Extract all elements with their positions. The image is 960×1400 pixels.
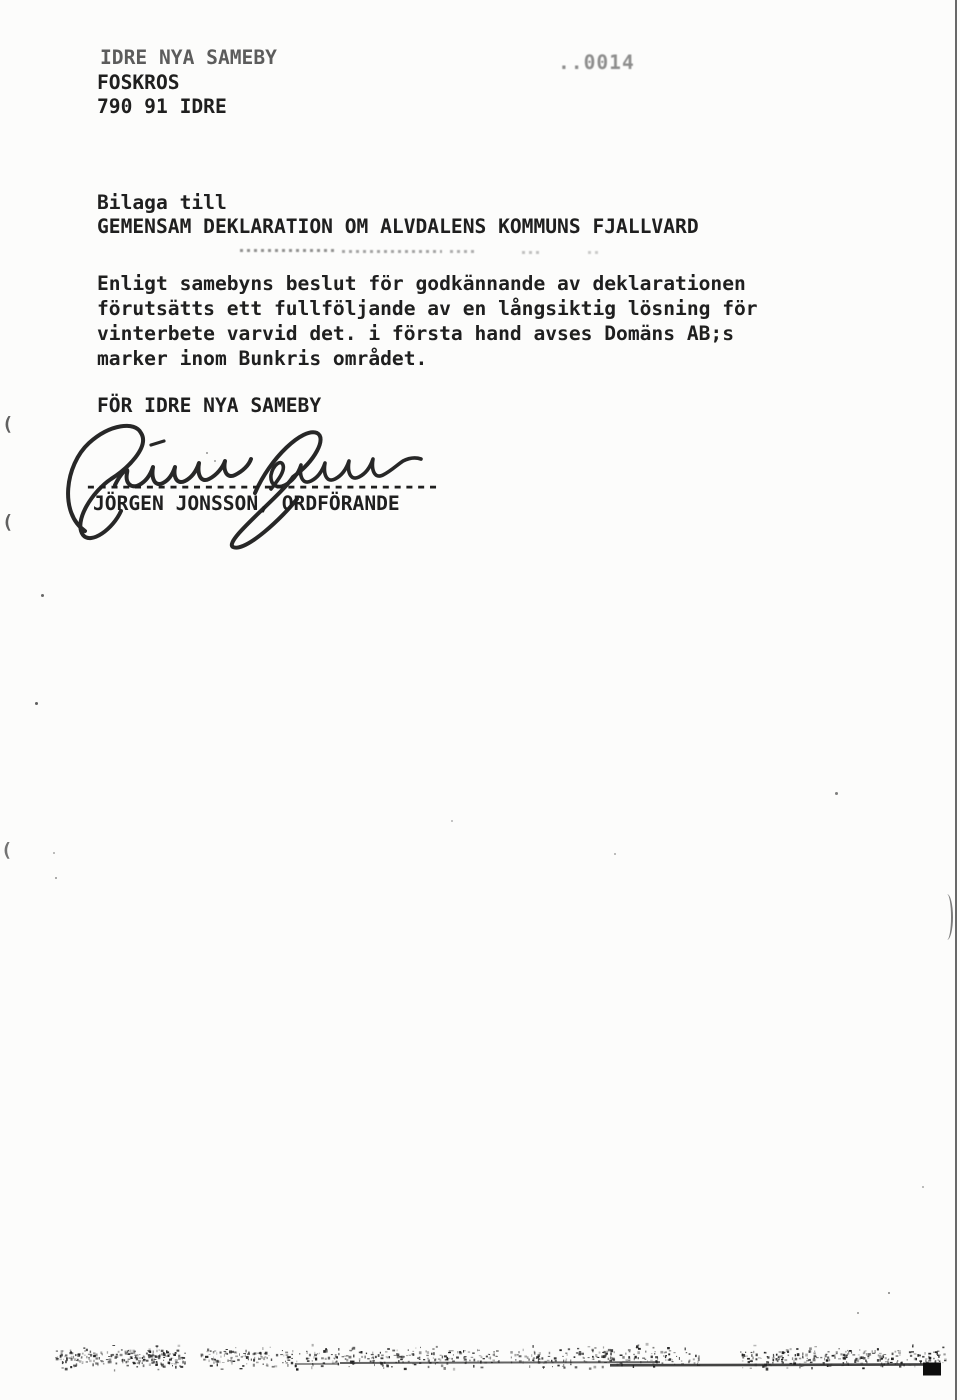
sender-name: IDRE NYA SAMEBY: [100, 45, 277, 70]
scan-speck: [55, 877, 57, 879]
scan-smudge-line: [588, 251, 598, 254]
scan-smudge-line: [522, 251, 540, 254]
scan-speck: [41, 594, 44, 597]
margin-paren-mark: (: [2, 412, 13, 437]
scan-edge-line: [955, 0, 957, 1400]
sender-postal-city: 790 91 IDRE: [97, 94, 227, 119]
document-number-stamp: ..0014: [558, 50, 635, 75]
scan-speck: [614, 853, 616, 855]
scan-speck: [214, 460, 216, 462]
scan-speck: [922, 1186, 924, 1188]
scan-speck: [451, 820, 453, 822]
signatory-name: JÖRGEN JONSSON, ORDFÖRANDE: [93, 491, 400, 516]
scan-noise-band: [50, 1336, 950, 1384]
scan-smudge-line: [450, 250, 476, 253]
margin-paren-mark: (: [1, 838, 12, 863]
scan-speck: [35, 702, 38, 705]
attachment-label: Bilaga till: [97, 190, 227, 215]
margin-paren-mark: (: [2, 510, 13, 535]
sender-street: FOSKROS: [97, 70, 180, 95]
body-paragraph: Enligt samebyns beslut för godkännande a…: [97, 271, 777, 371]
scanned-letter-page: IDRE NYA SAMEBY FOSKROS 790 91 IDRE ..00…: [0, 0, 960, 1400]
scan-speck: [857, 1312, 859, 1314]
attachment-title: GEMENSAM DEKLARATION OM ALVDALENS KOMMUN…: [97, 214, 699, 239]
scan-speck: [53, 852, 55, 854]
scan-edge-curl: [941, 894, 953, 940]
scan-smudge-line: [240, 249, 335, 252]
scan-smudge-line: [342, 250, 442, 253]
scan-speck: [206, 452, 208, 454]
scan-speck: [888, 1292, 890, 1294]
scan-speck: [835, 792, 838, 795]
